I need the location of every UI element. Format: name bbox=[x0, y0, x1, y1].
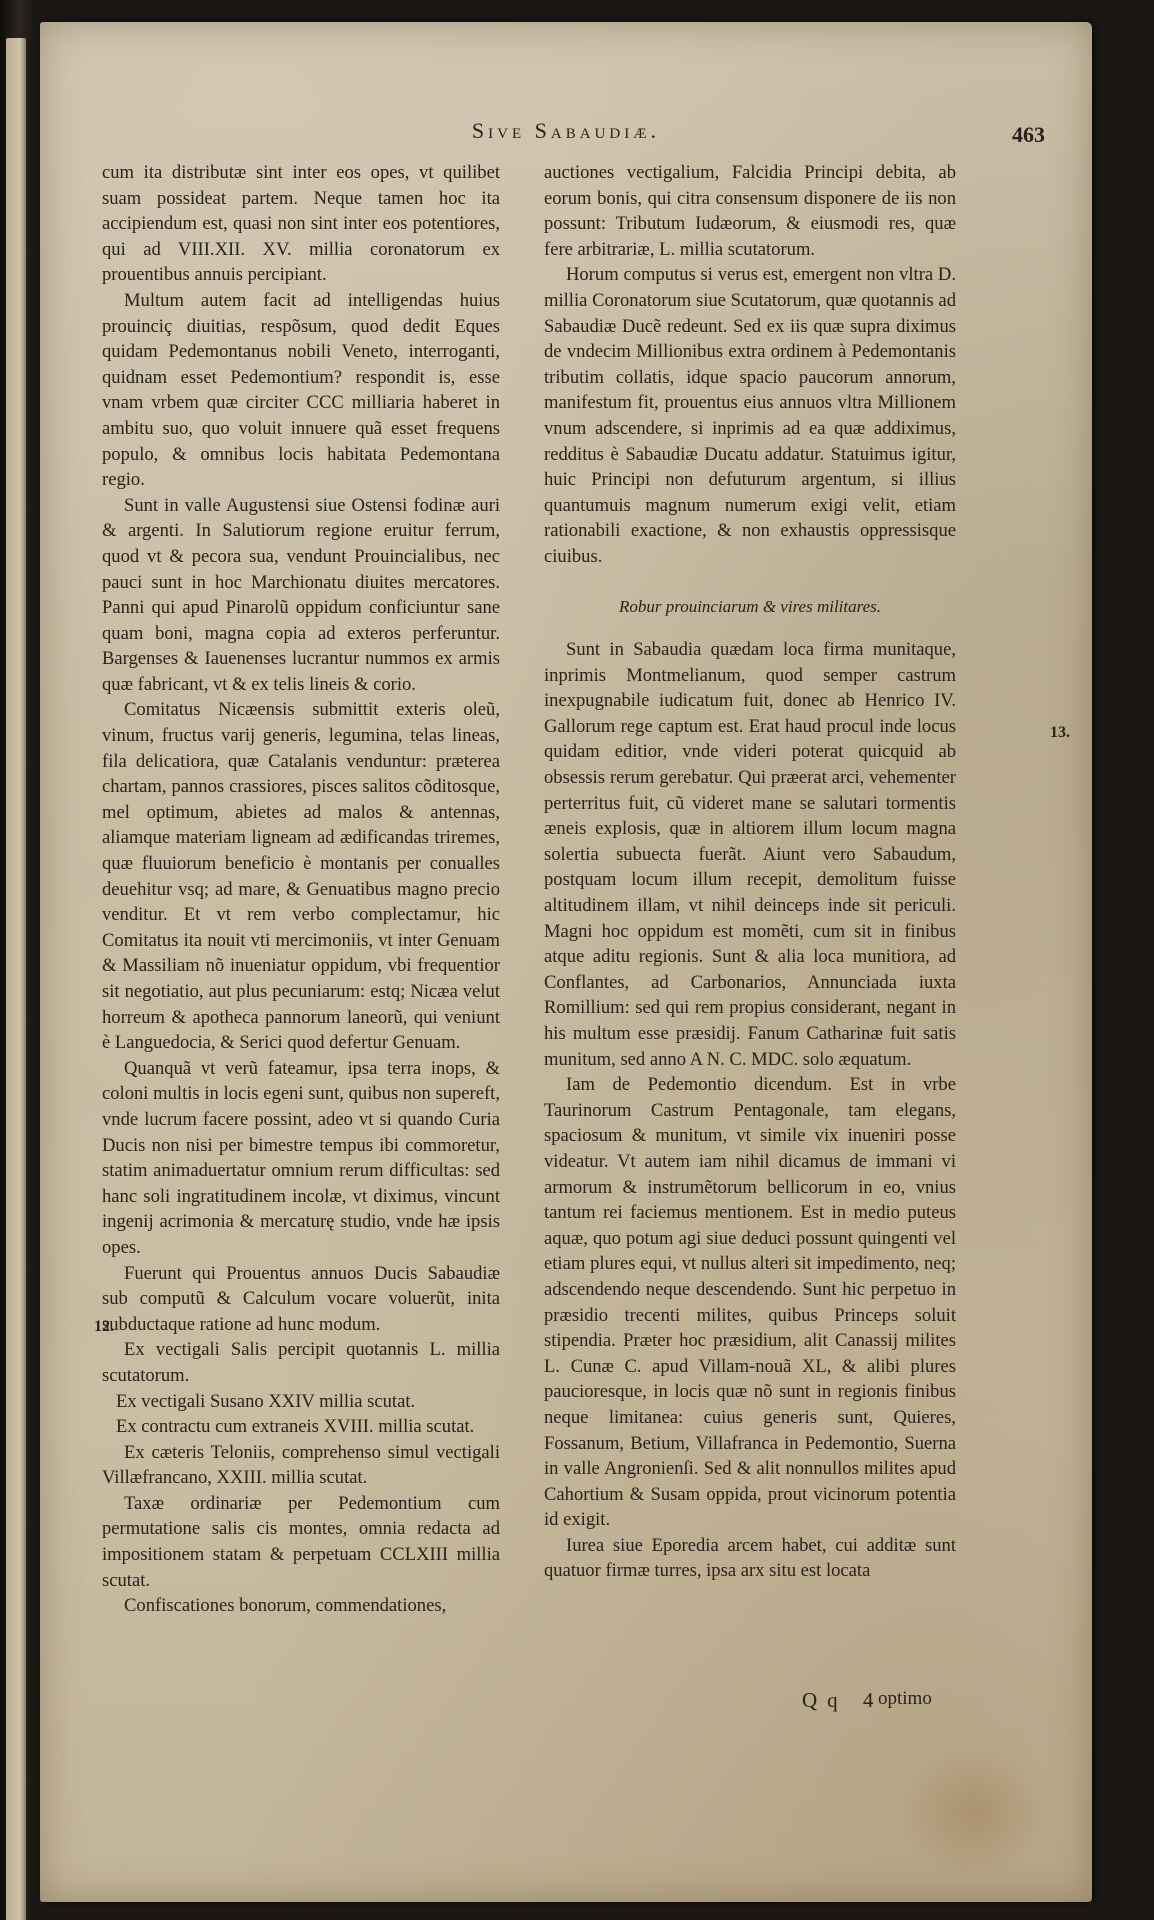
previous-page-edge bbox=[6, 38, 26, 1920]
paragraph: Quanquã vt verũ fateamur, ipsa terra ino… bbox=[102, 1056, 500, 1261]
left-column: cum ita distributæ sint inter eos opes, … bbox=[102, 160, 500, 1619]
catchword: optimo bbox=[878, 1688, 932, 1710]
section-heading: Robur prouinciarum & vires militares. bbox=[544, 594, 956, 620]
paragraph: Ex cæteris Teloniis, comprehenso simul v… bbox=[102, 1440, 500, 1491]
paragraph: Sunt in Sabaudia quædam loca firma munit… bbox=[544, 637, 956, 1072]
page-number: 463 bbox=[1012, 122, 1045, 148]
paragraph: Confiscationes bonorum, commendationes, bbox=[102, 1593, 500, 1619]
paragraph: Iam de Pedemontio dicendum. Est in vrbe … bbox=[544, 1072, 956, 1533]
book-page: Sive Sabaudiæ. 463 cum ita distributæ si… bbox=[40, 22, 1092, 1902]
paragraph: Horum computus si verus est, emergent no… bbox=[544, 262, 956, 569]
paragraph: Iurea siue Eporedia arcem habet, cui add… bbox=[544, 1533, 956, 1584]
paper-stain bbox=[900, 1742, 1050, 1882]
paragraph: Ex vectigali Susano XXIV millia scutat. bbox=[102, 1389, 500, 1415]
paragraph: Ex vectigali Salis percipit quotannis L.… bbox=[102, 1337, 500, 1388]
paragraph: Taxæ ordinariæ per Pedemontium cum permu… bbox=[102, 1491, 500, 1593]
running-head: Sive Sabaudiæ. bbox=[40, 118, 1092, 144]
paragraph: cum ita distributæ sint inter eos opes, … bbox=[102, 160, 500, 288]
margin-note-left: 12. bbox=[94, 1318, 114, 1336]
paragraph: Ex contractu cum extraneis XVIII. millia… bbox=[102, 1414, 500, 1440]
paragraph: Sunt in valle Augustensi siue Ostensi fo… bbox=[102, 493, 500, 698]
signature-mark: Qq 4 bbox=[802, 1688, 883, 1713]
paragraph: Comitatus Nicæensis submittit exteris ol… bbox=[102, 697, 500, 1055]
paragraph: auctiones vectigalium, Falcidia Principi… bbox=[544, 160, 956, 262]
paragraph: Fuerunt qui Prouentus annuos Ducis Sabau… bbox=[102, 1261, 500, 1338]
right-column: auctiones vectigalium, Falcidia Principi… bbox=[544, 160, 956, 1584]
margin-note-right: 13. bbox=[1050, 724, 1070, 742]
paragraph: Multum autem facit ad intelligendas huiu… bbox=[102, 288, 500, 493]
